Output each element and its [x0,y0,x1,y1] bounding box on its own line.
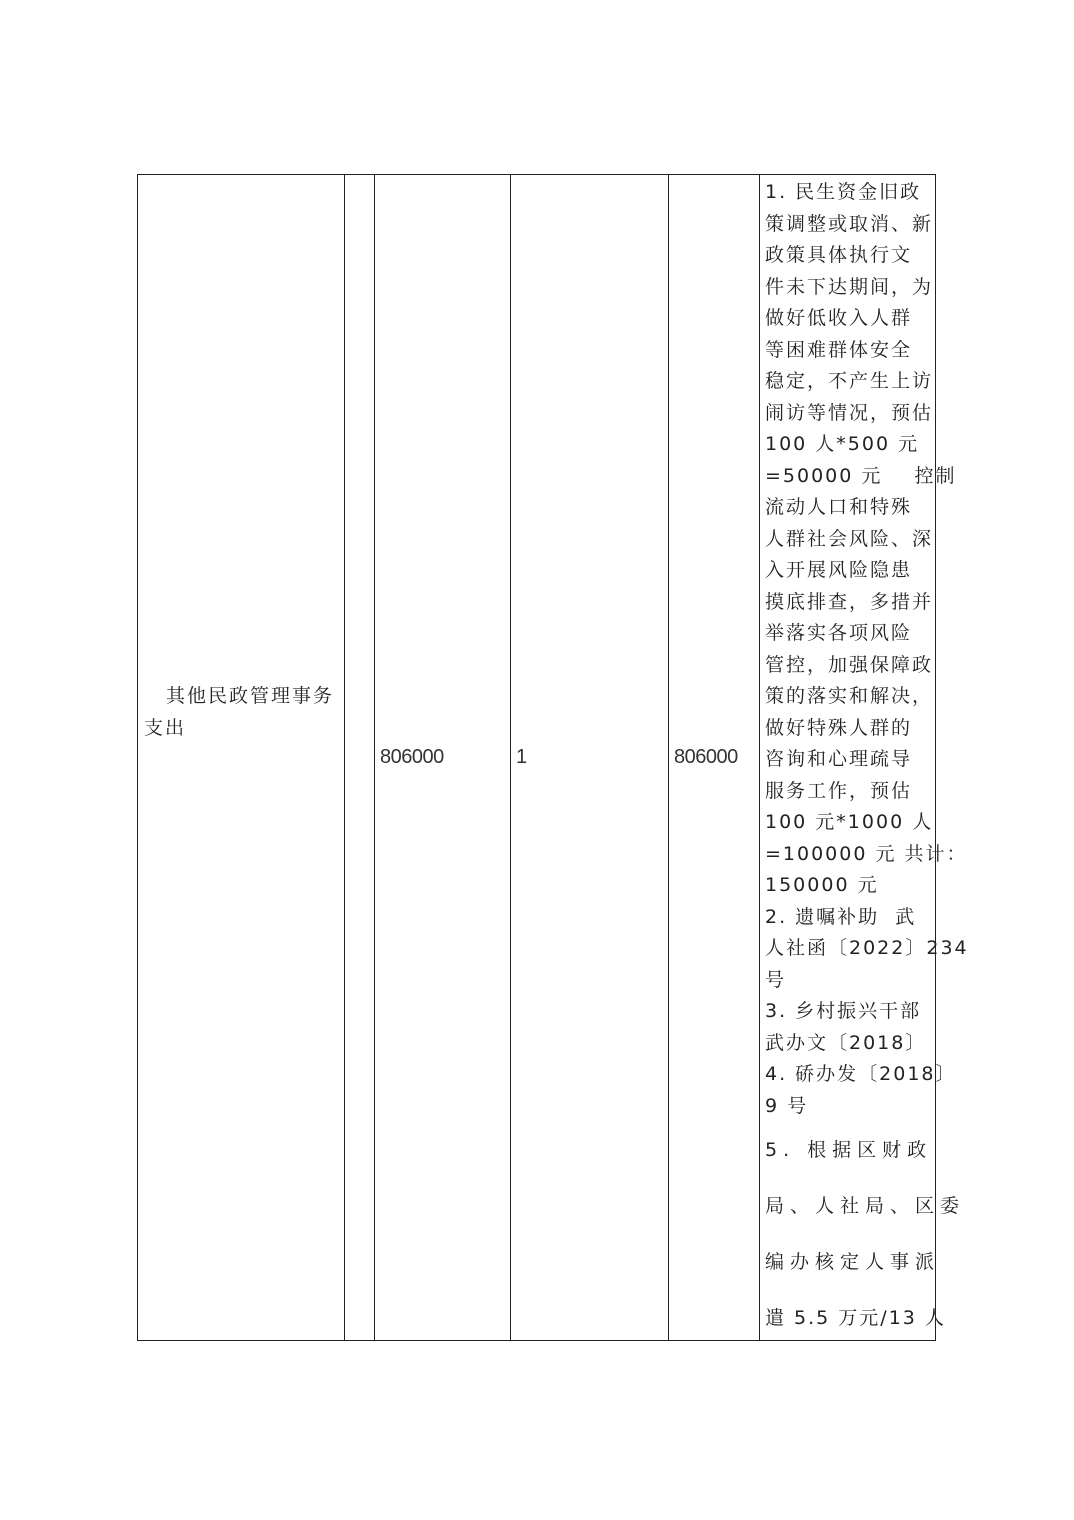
notes-line: 策调整或取消、新 [765,209,935,241]
notes-line: 做好低收入人群 [765,303,935,335]
notes-line: 100 人*500 元 [765,429,935,461]
notes-line: =100000 元 共计： [765,839,935,871]
notes-line: 局、人社局、区委 [765,1178,935,1234]
column-divider [759,175,760,1340]
notes-line: 1. 民生资金旧政 [765,177,935,209]
column-divider [344,175,345,1340]
notes-line: 人群社会风险、深 [765,524,935,556]
budget-table: 其他民政管理事务 支出 806000 1 806000 1. 民生资金旧政 策调… [137,174,936,1341]
notes-line: 管控，加强保障政 [765,650,935,682]
notes-line: 人社函〔2022〕234 [765,933,935,965]
notes-line: 4. 硚办发〔2018〕 [765,1059,935,1091]
notes-line: 服务工作，预估 [765,776,935,808]
quantity-cell: 1 [516,746,527,769]
notes-line: 稳定，不产生上访 [765,366,935,398]
item-name-cell: 其他民政管理事务 支出 [144,681,340,744]
notes-line: 政策具体执行文 [765,240,935,272]
notes-line: 闹访等情况，预估 [765,398,935,430]
notes-line: 150000 元 [765,870,935,902]
notes-line: 5. 根据区财政 [765,1122,935,1178]
notes-line: 做好特殊人群的 [765,713,935,745]
notes-line: 3. 乡村振兴干部 [765,996,935,1028]
notes-line: 等困难群体安全 [765,335,935,367]
notes-line: 入开展风险隐患 [765,555,935,587]
notes-line: 2. 遗嘱补助 武 [765,902,935,934]
notes-line: =50000 元 控制 [765,461,935,493]
item-name-line2: 支出 [144,713,340,745]
notes-line: 举落实各项风险 [765,618,935,650]
column-divider [374,175,375,1340]
notes-line: 策的落实和解决， [765,681,935,713]
notes-line: 遣 5.5 万元/13 人 [765,1290,935,1346]
amount-cell: 806000 [380,746,444,769]
notes-line: 武办文〔2018〕 [765,1028,935,1060]
notes-line: 9 号 [765,1091,935,1123]
notes-line: 号 [765,965,935,997]
column-divider [668,175,669,1340]
item-name-line1: 其他民政管理事务 [144,681,340,713]
notes-line: 流动人口和特殊 [765,492,935,524]
total-cell: 806000 [674,746,738,769]
notes-line: 编办核定人事派 [765,1234,935,1290]
column-divider [510,175,511,1340]
notes-line: 摸底排查，多措并 [765,587,935,619]
notes-line: 件未下达期间，为 [765,272,935,304]
notes-line: 咨询和心理疏导 [765,744,935,776]
notes-line: 100 元*1000 人 [765,807,935,839]
notes-cell: 1. 民生资金旧政 策调整或取消、新 政策具体执行文 件未下达期间，为 做好低收… [765,177,935,1346]
